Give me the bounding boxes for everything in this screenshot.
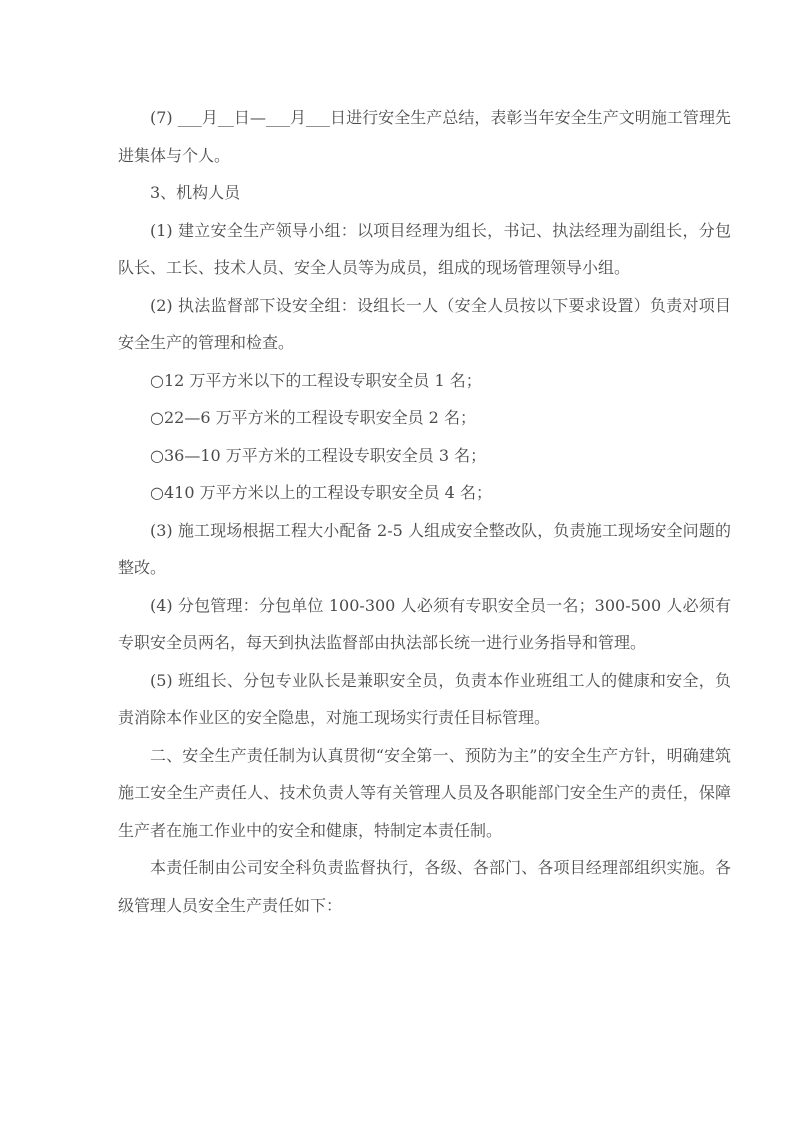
paragraph: (1) 建立安全生产领导小组：以项目经理为组长，书记、执法经理为副组长，分包队长…: [118, 212, 731, 287]
document-body: (7) ___月__日—___月___日进行安全生产总结，表彰当年安全生产文明施…: [118, 99, 731, 924]
paragraph: (7) ___月__日—___月___日进行安全生产总结，表彰当年安全生产文明施…: [118, 99, 731, 174]
document-page: (7) ___月__日—___月___日进行安全生产总结，表彰当年安全生产文明施…: [0, 0, 793, 1122]
paragraph: (2) 执法监督部下设安全组：设组长一人（安全人员按以下要求设置）负责对项目安全…: [118, 287, 731, 362]
paragraph: ○410 万平方米以上的工程设专职安全员 4 名；: [118, 474, 731, 512]
paragraph: ○12 万平方米以下的工程设专职安全员 1 名；: [118, 362, 731, 400]
paragraph: ○36—10 万平方米的工程设专职安全员 3 名；: [118, 437, 731, 475]
paragraph: (5) 班组长、分包专业队长是兼职安全员，负责本作业班组工人的健康和安全，负责消…: [118, 662, 731, 737]
paragraph: 3、机构人员: [118, 174, 731, 212]
paragraph: (3) 施工现场根据工程大小配备 2-5 人组成安全整改队，负责施工现场安全问题…: [118, 512, 731, 587]
paragraph: 二、安全生产责任制为认真贯彻“安全第一、预防为主”的安全生产方针，明确建筑施工安…: [118, 737, 731, 850]
paragraph: ○22—6 万平方米的工程设专职安全员 2 名；: [118, 399, 731, 437]
paragraph: 本责任制由公司安全科负责监督执行，各级、各部门、各项目经理部组织实施。各级管理人…: [118, 849, 731, 924]
paragraph: (4) 分包管理：分包单位 100-300 人必须有专职安全员一名；300-50…: [118, 587, 731, 662]
